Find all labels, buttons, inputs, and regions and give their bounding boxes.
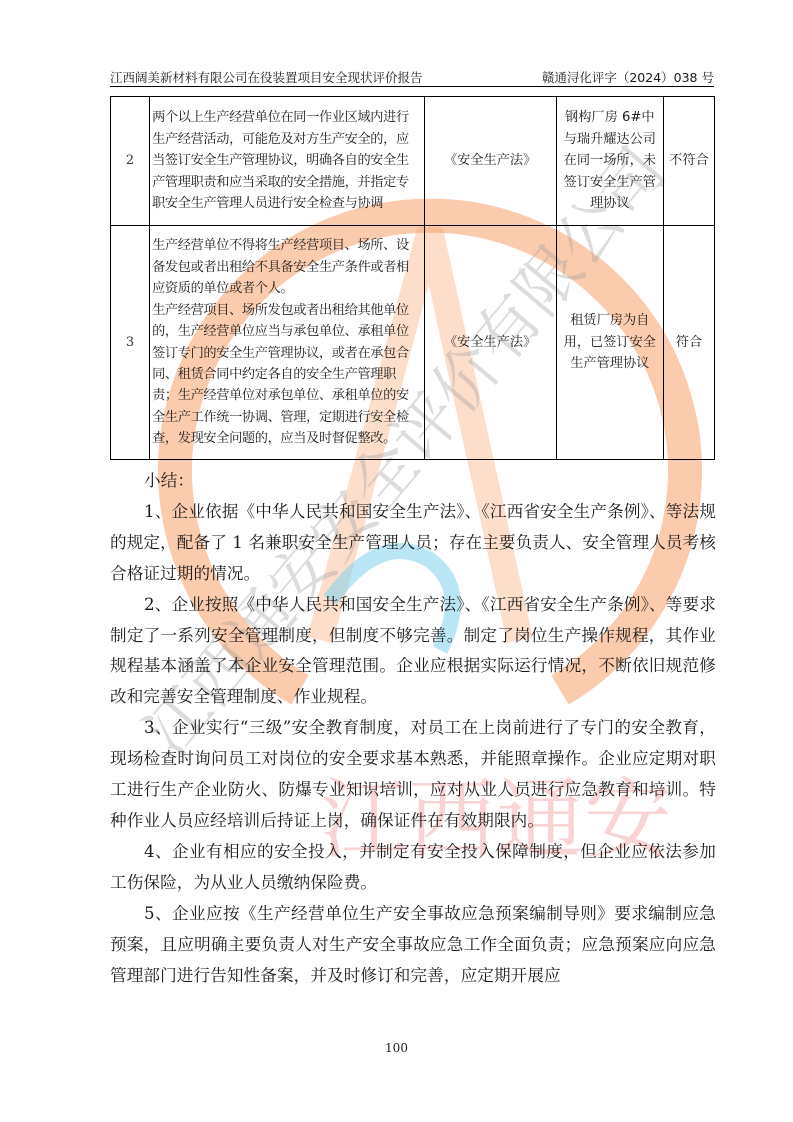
document-page: 江西通安安全评价有限公司 江西通安 江西阔美新材料有限公司在役装置项目安全现状评… [0,0,793,1122]
table-row: 2 两个以上生产经营单位在同一作业区域内进行生产经营活动，可能危及对方生产安全的… [111,97,715,226]
table-row: 3 生产经营单位不得将生产经营项目、场所、设备发包或者出租给不具备安全生产条件或… [111,226,715,460]
document-number: 赣通浔化评字（2024）038 号 [542,68,714,86]
row-number: 3 [111,226,150,460]
summary-paragraph: 1、企业依据《中华人民共和国安全生产法》、《江西省安全生产条例》、等法规的规定，… [110,497,716,590]
summary-title: 小结： [144,466,716,497]
inspection-finding: 租赁厂房为自用，已签订安全生产管理协议 [556,226,663,460]
report-title: 江西阔美新材料有限公司在役装置项目安全现状评价报告 [110,68,423,86]
compliance-result: 不符合 [663,97,714,226]
summary-paragraph: 2、企业按照《中华人民共和国安全生产法》、《江西省安全生产条例》、等要求制定了一… [110,590,716,714]
page-number: 100 [0,1041,793,1055]
requirement-text: 两个以上生产经营单位在同一作业区域内进行生产经营活动，可能危及对方生产安全的，应… [150,97,424,226]
row-number: 2 [111,97,150,226]
summary-paragraph: 5、企业应按《生产经营单位生产安全事故应急预案编制导则》要求编制应急预案，且应明… [110,899,716,992]
inspection-finding: 钢构厂房 6#中与瑞升耀达公司在同一场所，未签订安全生产管理协议 [556,97,663,226]
legal-basis: 《安全生产法》 [424,226,556,460]
legal-basis: 《安全生产法》 [424,97,556,226]
summary-section: 小结： 1、企业依据《中华人民共和国安全生产法》、《江西省安全生产条例》、等法规… [110,466,716,991]
compliance-table: 2 两个以上生产经营单位在同一作业区域内进行生产经营活动，可能危及对方生产安全的… [110,96,715,460]
page-header: 江西阔美新材料有限公司在役装置项目安全现状评价报告 赣通浔化评字（2024）03… [110,66,714,87]
summary-paragraph: 3、企业实行“三级”安全教育制度，对员工在上岗前进行了专门的安全教育，现场检查时… [110,713,716,837]
requirement-text: 生产经营单位不得将生产经营项目、场所、设备发包或者出租给不具备安全生产条件或者相… [150,226,424,460]
summary-paragraph: 4、企业有相应的安全投入，并制定有安全投入保障制度，但企业应依法参加工伤保险，为… [110,837,716,899]
compliance-result: 符合 [663,226,714,460]
